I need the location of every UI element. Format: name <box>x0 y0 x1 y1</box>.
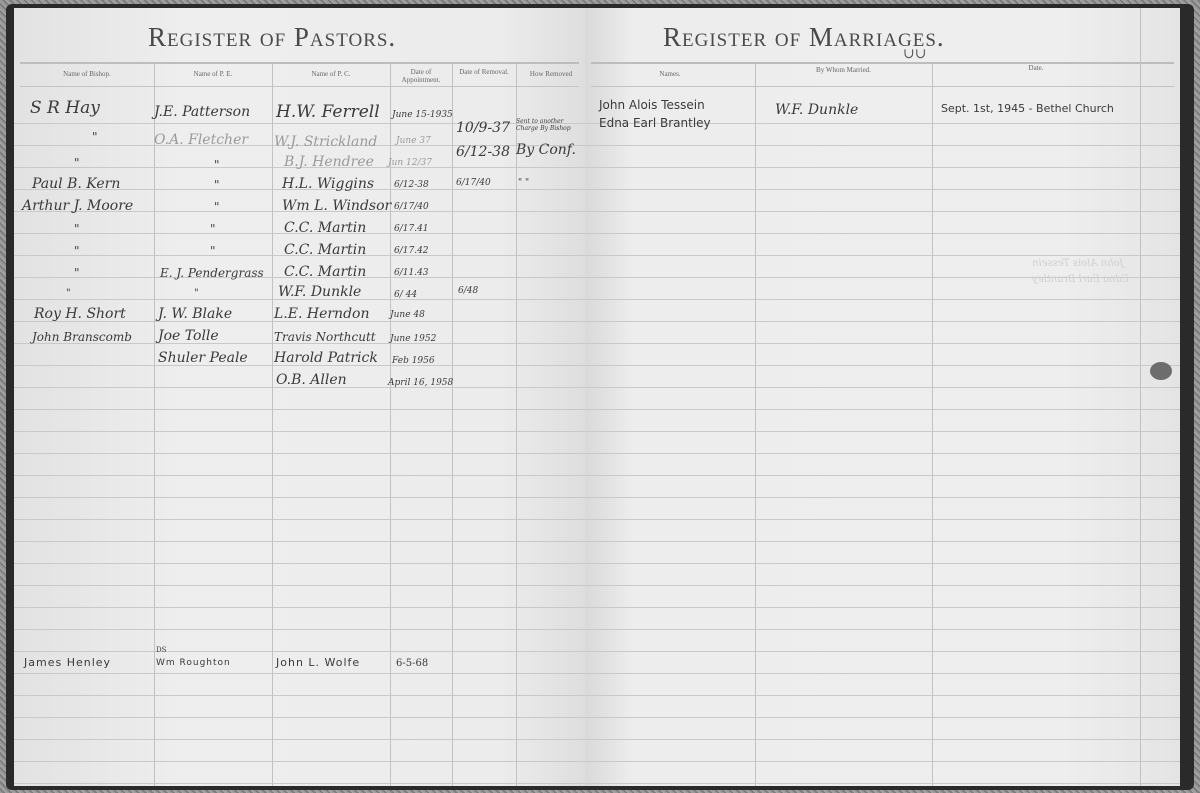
entry-pe: " <box>210 222 216 236</box>
bleed-through-text: Edna Earl Brantley <box>1032 274 1129 285</box>
late-entry-pe-prefix: DS <box>156 646 166 654</box>
entry-pc: Harold Patrick <box>274 350 378 366</box>
entry-appointed: June 1952 <box>390 334 436 344</box>
entry-pe: J.E. Patterson <box>154 104 250 120</box>
entry-pe: " <box>210 244 216 258</box>
entry-appointed: Jun 12/37 <box>388 158 432 168</box>
late-entry-bishop: James Henley <box>24 656 111 669</box>
entry-appointed: June 15-1935 <box>392 110 453 120</box>
entry-bishop: " <box>92 130 98 144</box>
column-header-appointment: Date of Appointment. <box>392 68 450 84</box>
marriage-date: Sept. 1st, 1945 - Bethel Church <box>941 102 1114 115</box>
column-divider <box>390 64 391 786</box>
entry-appointed: April 16, 1958 <box>388 378 453 388</box>
column-divider <box>272 64 273 786</box>
late-entry-pe: Wm Roughton <box>156 658 231 668</box>
entry-pc: O.B. Allen <box>276 372 347 388</box>
entry-how-removed: Sent to another Charge By Bishop <box>516 118 578 132</box>
column-header-bishop: Name of Bishop. <box>20 70 154 78</box>
entry-pe: Shuler Peale <box>158 350 248 366</box>
entry-bishop: " <box>74 244 80 258</box>
entry-pc: W.J. Strickland <box>274 134 377 150</box>
marriage-officiant: W.F. Dunkle <box>775 102 858 118</box>
margin-divider <box>1140 8 1141 786</box>
column-header-pc: Name of P. C. <box>272 70 390 78</box>
entry-pe: Joe Tolle <box>158 328 219 344</box>
column-divider <box>452 64 453 786</box>
entry-pc: W.F. Dunkle <box>278 284 361 300</box>
entry-appointed: 6/17.41 <box>394 224 429 234</box>
late-entry-appointed: 6-5-68 <box>396 658 428 669</box>
entry-pc: Travis Northcutt <box>274 330 376 344</box>
entry-how-removed: By Conf. <box>516 142 576 158</box>
entry-pe: O.A. Fletcher <box>154 132 248 148</box>
entry-pe: " <box>214 178 220 192</box>
column-divider <box>516 64 517 786</box>
entry-bishop: Arthur J. Moore <box>22 198 133 214</box>
column-header-by-whom: By Whom Married. <box>755 66 932 74</box>
entry-pc: C.C. Martin <box>284 242 366 258</box>
entry-bishop: " <box>66 288 71 299</box>
entry-pc: L.E. Herndon <box>274 306 369 322</box>
entry-bishop: S R Hay <box>30 98 100 118</box>
column-header-date: Date. <box>932 64 1140 72</box>
entry-pc: C.C. Martin <box>284 264 366 280</box>
page-stain <box>1150 362 1172 380</box>
entry-appointed: Feb 1956 <box>392 356 435 366</box>
entry-bishop: " <box>74 266 80 280</box>
entry-pc: C.C. Martin <box>284 220 366 236</box>
column-divider <box>154 64 155 786</box>
entry-pc: H.W. Ferrell <box>276 102 380 122</box>
entry-appointed: June 48 <box>390 310 425 320</box>
entry-removed: 10/9-37 <box>456 120 510 136</box>
page-title: Register of Pastors. <box>148 22 396 53</box>
column-header-pe: Name of P. E. <box>154 70 272 78</box>
entry-pe: " <box>214 158 220 172</box>
marriage-name-1: John Alois Tessein <box>599 98 705 112</box>
column-header-names: Names. <box>585 70 755 78</box>
entry-how-removed: " " <box>518 178 529 188</box>
entry-pe: E. J. Pendergrass <box>160 266 264 280</box>
column-header-removal: Date of Removal. <box>454 68 514 76</box>
ruled-lines <box>585 102 1180 786</box>
entry-bishop: Paul B. Kern <box>32 176 120 192</box>
entry-appointed: 6/17.42 <box>394 246 429 256</box>
marriage-name-2: Edna Earl Brantley <box>599 116 711 130</box>
entry-pc: Wm L. Windsor <box>282 198 391 214</box>
entry-bishop: Roy H. Short <box>34 306 126 322</box>
entry-pc: H.L. Wiggins <box>282 176 374 192</box>
entry-appointed: June 37 <box>396 136 431 146</box>
header-rule <box>20 86 579 87</box>
late-entry-pc: John L. Wolfe <box>276 656 360 669</box>
pencil-mark: ∪∪ <box>903 46 926 62</box>
entry-pe: " <box>214 200 220 214</box>
entry-removed: 6/48 <box>458 286 478 296</box>
entry-bishop: " <box>74 222 80 236</box>
header-rule <box>591 86 1174 87</box>
column-divider <box>932 64 933 786</box>
entry-appointed: 6/ 44 <box>394 290 417 300</box>
entry-removed: 6/12-38 <box>456 144 510 160</box>
header-rule <box>20 62 579 64</box>
entry-removed: 6/17/40 <box>456 178 491 188</box>
column-header-how-removed: How Removed <box>518 70 584 78</box>
bleed-through-text: John Alois Tessein <box>1032 258 1124 269</box>
column-divider <box>755 64 756 786</box>
entry-pc: B.J. Hendree <box>284 154 374 170</box>
entry-appointed: 6/12-38 <box>394 180 429 190</box>
entry-pe: J. W. Blake <box>158 306 232 322</box>
open-register-book: Register of Pastors. Name of Bishop. Nam… <box>14 8 1180 786</box>
entry-appointed: 6/11.43 <box>394 268 429 278</box>
entry-pe: " <box>194 288 199 299</box>
register-of-marriages-page: Register of Marriages. ∪∪ Names. By Whom… <box>585 8 1180 786</box>
entry-appointed: 6/17/40 <box>394 202 429 212</box>
register-of-pastors-page: Register of Pastors. Name of Bishop. Nam… <box>14 8 585 786</box>
entry-bishop: John Branscomb <box>32 330 132 344</box>
entry-bishop: " <box>74 156 80 170</box>
